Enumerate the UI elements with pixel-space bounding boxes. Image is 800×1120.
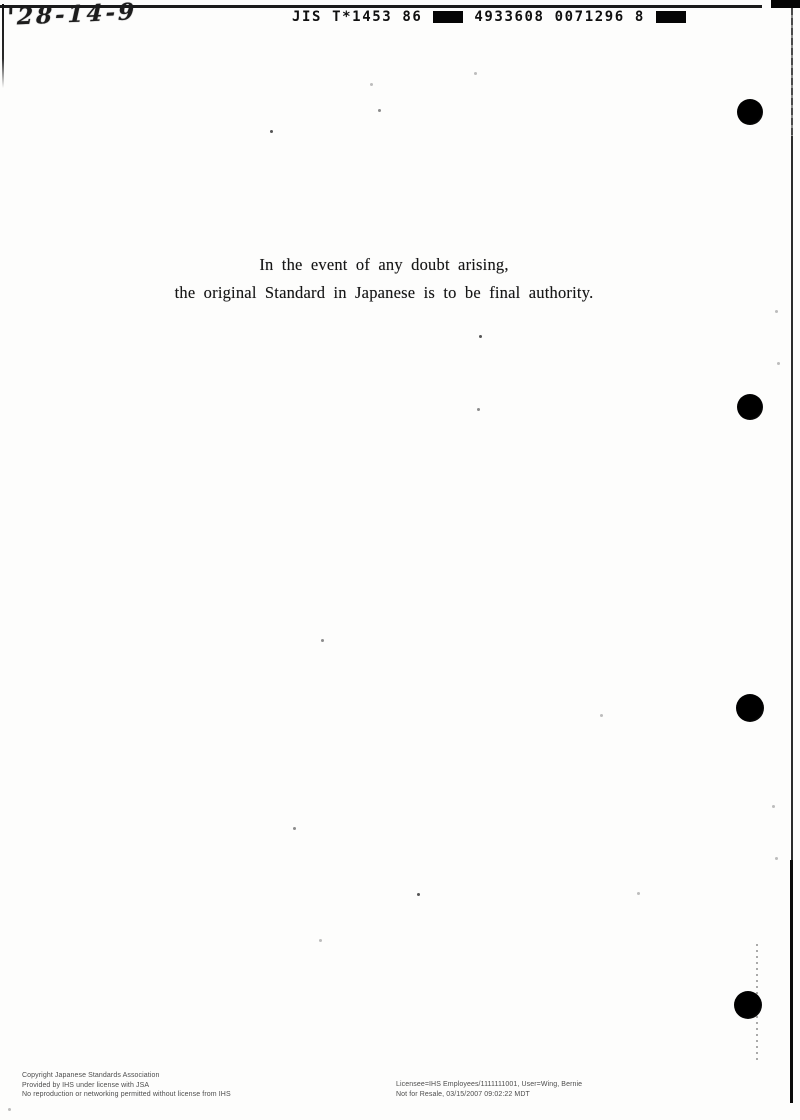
scanned-document-page: '28-14-9 JIS T*1453 86 4933608 0071296 8…: [0, 0, 800, 1120]
binder-hole-mark: [734, 991, 762, 1019]
binder-hole-mark: [737, 99, 763, 125]
left-border-line: [2, 4, 4, 88]
document-code-header: JIS T*1453 86 4933608 0071296 8: [292, 9, 686, 25]
scan-speck: [378, 109, 381, 112]
license-line: Licensee=IHS Employees/1111111001, User=…: [396, 1080, 582, 1090]
license-notice: Licensee=IHS Employees/1111111001, User=…: [396, 1080, 582, 1099]
license-line: Not for Resale, 03/15/2007 09:02:22 MDT: [396, 1090, 582, 1100]
scan-speck: [637, 892, 640, 895]
binder-hole-mark: [737, 394, 763, 420]
scan-speck: [319, 939, 322, 942]
copyright-line: No reproduction or networking permitted …: [22, 1090, 231, 1100]
scan-speck: [600, 714, 603, 717]
scan-speck: [270, 130, 273, 133]
copyright-line: Copyright Japanese Standards Association: [22, 1071, 231, 1081]
scan-speck: [772, 805, 775, 808]
scan-speck: [370, 83, 373, 86]
redaction-block: [433, 11, 463, 23]
scan-speck: [8, 1108, 11, 1111]
handwritten-annotation: '28-14-9: [7, 0, 138, 31]
statement-line-2: the original Standard in Japanese is to …: [0, 279, 768, 307]
scan-speck: [477, 408, 480, 411]
scan-speck: [775, 857, 778, 860]
copyright-notice: Copyright Japanese Standards Association…: [22, 1071, 231, 1100]
scan-speck: [293, 827, 296, 830]
copyright-line: Provided by IHS under license with JSA: [22, 1081, 231, 1091]
scan-speck: [417, 893, 420, 896]
right-border-line-middle: [791, 136, 793, 860]
right-border-line-bottom: [790, 860, 793, 1103]
top-border-line-right-segment: [771, 0, 800, 8]
scan-speck: [775, 310, 778, 313]
statement-line-1: In the event of any doubt arising,: [0, 251, 768, 279]
scan-speck: [321, 639, 324, 642]
document-code-number: 4933608 0071296 8: [474, 9, 645, 25]
redaction-block: [656, 11, 686, 23]
authority-statement: In the event of any doubt arising, the o…: [0, 251, 768, 307]
scan-speck: [777, 362, 780, 365]
document-code-prefix: JIS T*1453 86: [292, 9, 422, 25]
scan-speck: [479, 335, 482, 338]
right-border-line-top: [791, 8, 793, 136]
binder-hole-mark: [736, 694, 764, 722]
scan-speck: [474, 72, 477, 75]
